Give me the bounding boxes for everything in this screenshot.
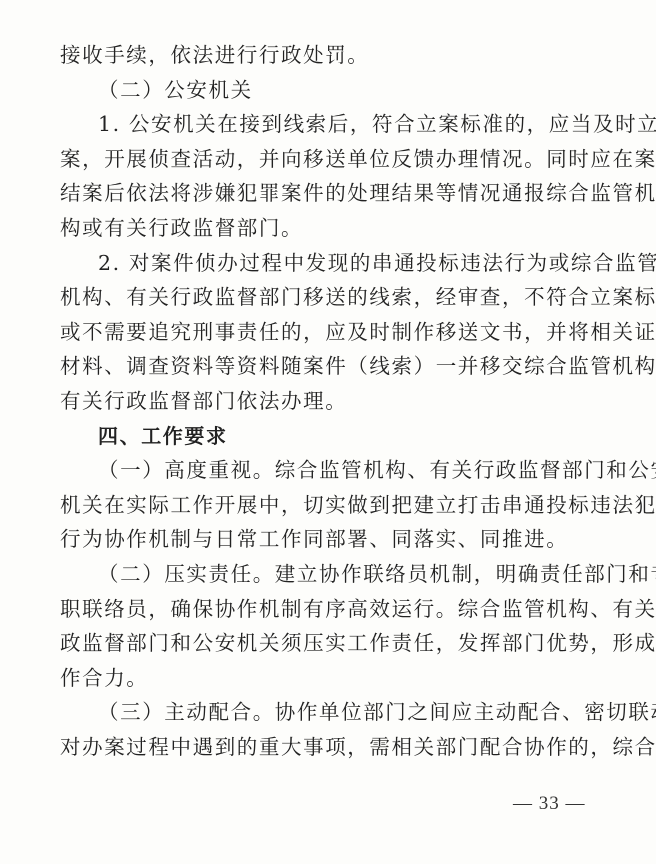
paragraph-start: 1. 公安机关在接到线索后，符合立案标准的，应当及时立 xyxy=(60,107,580,142)
text-line: 作合力。 xyxy=(60,661,580,696)
text-line: 材料、调查资料等资料随案件（线索）一并移交综合监管机构或 xyxy=(60,349,580,384)
section-heading: 四、工作要求 xyxy=(60,419,580,454)
document-body: 接收手续，依法进行行政处罚。 （二）公安机关 1. 公安机关在接到线索后，符合立… xyxy=(60,38,580,764)
text-line: 案，开展侦查活动，并向移送单位反馈办理情况。同时应在案件 xyxy=(60,142,580,177)
section-subheading: （二）公安机关 xyxy=(60,73,580,108)
text-line: 有关行政监督部门依法办理。 xyxy=(60,384,580,419)
paragraph-start: （一）高度重视。综合监管机构、有关行政监督部门和公安 xyxy=(60,453,580,488)
text-line: 结案后依法将涉嫌犯罪案件的处理结果等情况通报综合监管机 xyxy=(60,176,580,211)
text-line: 或不需要追究刑事责任的，应及时制作移送文书，并将相关证据 xyxy=(60,315,580,350)
page-number: — 33 — xyxy=(513,793,586,815)
text-line: 机关在实际工作开展中，切实做到把建立打击串通投标违法犯罪 xyxy=(60,488,580,523)
text-line: 接收手续，依法进行行政处罚。 xyxy=(60,38,580,73)
text-line: 行为协作机制与日常工作同部署、同落实、同推进。 xyxy=(60,522,580,557)
text-line: 构或有关行政监督部门。 xyxy=(60,211,580,246)
text-line: 政监督部门和公安机关须压实工作责任，发挥部门优势，形成工 xyxy=(60,626,580,661)
paragraph-start: （三）主动配合。协作单位部门之间应主动配合、密切联动， xyxy=(60,695,580,730)
text-line: 机构、有关行政监督部门移送的线索，经审查，不符合立案标准 xyxy=(60,280,580,315)
paragraph-start: 2. 对案件侦办过程中发现的串通投标违法行为或综合监管 xyxy=(60,246,580,281)
text-line: 职联络员，确保协作机制有序高效运行。综合监管机构、有关行 xyxy=(60,592,580,627)
text-line: 对办案过程中遇到的重大事项，需相关部门配合协作的，综合监 xyxy=(60,730,580,765)
paragraph-start: （二）压实责任。建立协作联络员机制，明确责任部门和专 xyxy=(60,557,580,592)
